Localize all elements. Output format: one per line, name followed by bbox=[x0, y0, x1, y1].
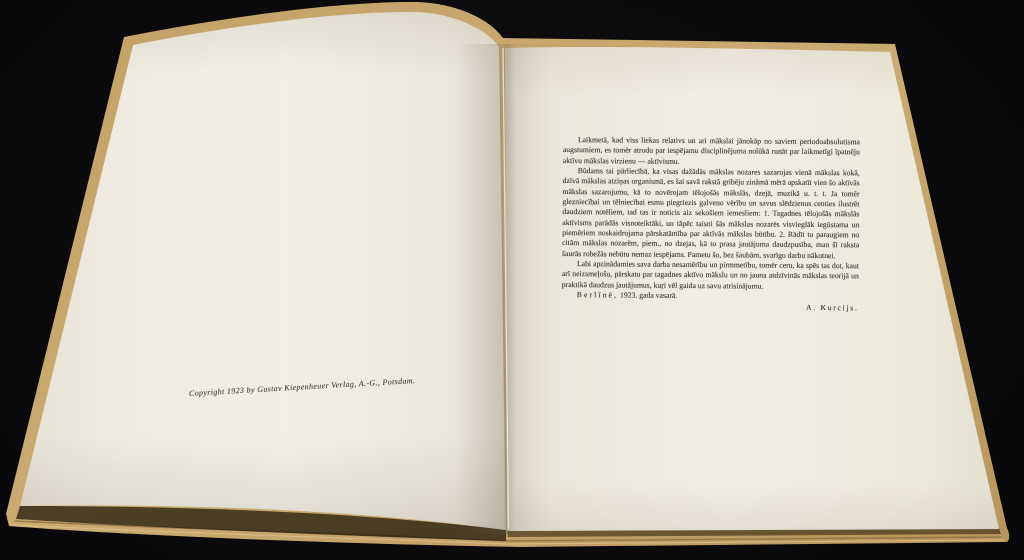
preface-paragraph: Labi apzinādamies sava darba nesamērību … bbox=[562, 259, 859, 292]
preface-paragraph: Būdams tai pārliecībā, ka visas dažādās … bbox=[562, 166, 860, 261]
book-illustration bbox=[0, 0, 1024, 560]
preface-text-block: Laikmetā, kad viss liekas relativs un ar… bbox=[562, 135, 860, 313]
book-photo: Laikmetā, kad viss liekas relativs un ar… bbox=[0, 0, 1024, 560]
dateline-city: Berlīnē, bbox=[577, 290, 618, 299]
preface-paragraph: Laikmetā, kad viss liekas relativs un ar… bbox=[563, 135, 860, 168]
left-page-shading bbox=[20, 12, 506, 530]
dateline-rest: 1923. gada vasarā. bbox=[620, 291, 677, 300]
